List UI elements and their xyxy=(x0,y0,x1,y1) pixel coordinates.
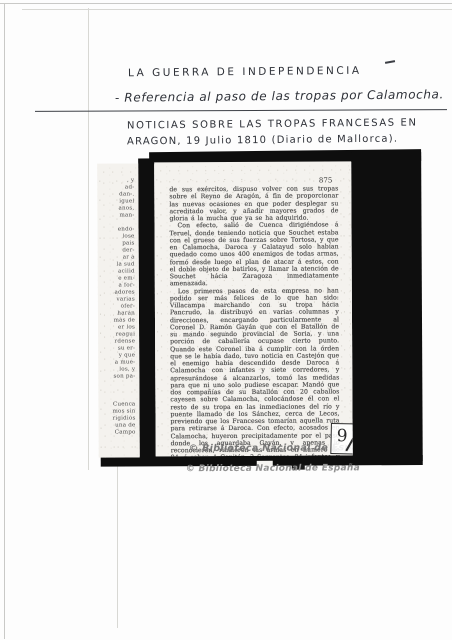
page-number: 875 xyxy=(319,176,332,184)
boxed-nine-mark: 9 xyxy=(330,423,352,455)
body-paragraph: Los primeros pasos de esta empresa no ha… xyxy=(170,287,340,456)
bne-watermark-partial: © Biblioteca Nacional de España xyxy=(186,463,360,473)
marker-number: 9 xyxy=(336,426,347,446)
scanned-sheet: LA GUERRA DE INDEPENDENCIA - Referencia … xyxy=(0,0,452,640)
margin-fragment-text: son pa- xyxy=(98,373,135,380)
scan-right-border xyxy=(351,152,423,461)
scan-gutter-border xyxy=(138,158,156,464)
margin-fragment-text: Campo xyxy=(99,429,136,436)
photocopy-scan: , yad-dan-.iguelanos,man-endo-losepaisde… xyxy=(0,0,452,640)
body-paragraph: de sus exércitos, dispuso volver con sus… xyxy=(169,185,338,222)
body-paragraph: Con efecto, salió de Cuenca dirigiéndose… xyxy=(169,222,338,288)
facing-page-margin-strip: , yad-dan-.iguelanos,man-endo-losepaisde… xyxy=(97,163,140,457)
bne-watermark: © Biblioteca Nacional de España xyxy=(189,442,353,454)
book-page: 875 de sus exércitos, dispuso volver con… xyxy=(154,161,353,456)
